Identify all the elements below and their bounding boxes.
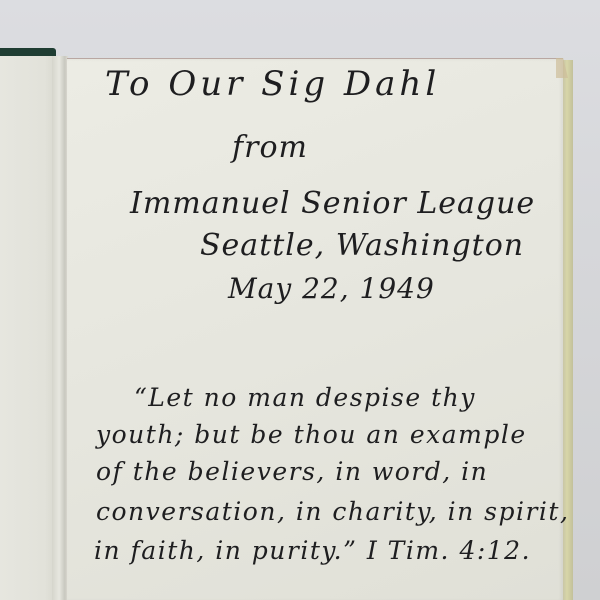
quote-line-1: “Let no man despise thy: [134, 383, 476, 412]
from-line: from: [232, 130, 308, 165]
quote-line-4: conversation, in charity, in spirit,: [96, 497, 569, 526]
left-flyleaf-page: [0, 56, 56, 600]
organization-line: Immanuel Senior League: [130, 186, 535, 221]
location-line: Seattle, Washington: [200, 228, 524, 263]
quote-line-2: youth; but be thou an example: [96, 420, 527, 449]
quote-line-3: of the believers, in word, in: [96, 457, 488, 486]
dedication-line: To Our Sig Dahl: [105, 64, 440, 104]
quote-line-5: in faith, in purity.” I Tim. 4:12.: [94, 536, 531, 565]
date-line: May 22, 1949: [228, 272, 435, 305]
book-gutter: [52, 56, 68, 600]
photo-scene: To Our Sig Dahl from Immanuel Senior Lea…: [0, 0, 600, 600]
